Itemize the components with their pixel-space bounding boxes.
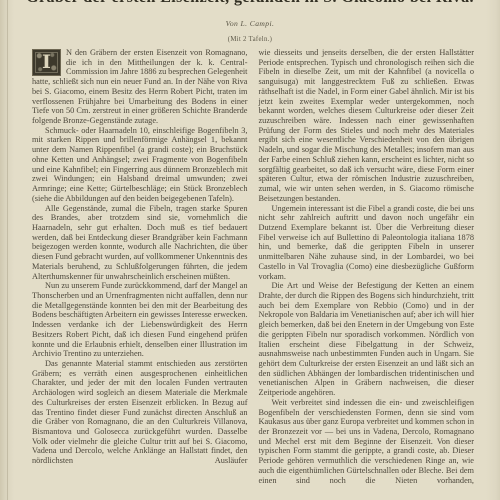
right-column: wie diesseits und jenseits derselben, di… — [259, 48, 475, 500]
paragraph: Das genannte Material stammt entschieden… — [32, 359, 248, 466]
author-byline: Von L. Campi. — [0, 19, 500, 28]
paragraph-text: N den Gräbern der ersten Eisenzeit von R… — [32, 48, 248, 125]
paragraph: Ungemein interessant ist die Fibel a gra… — [259, 204, 475, 282]
ornamental-initial: I — [32, 49, 61, 76]
page-edge-shadow — [7, 0, 8, 500]
paragraph: Schmuck- oder Haarnadeln 10, einschleifi… — [32, 126, 248, 204]
article-title: Gräber der ersten Eisenzeit, gefunden in… — [0, 0, 500, 7]
text-columns: IN den Gräbern der ersten Eisenzeit von … — [32, 48, 474, 500]
scanned-document-page: Gräber der ersten Eisenzeit, gefunden in… — [0, 0, 500, 500]
paragraph-lead: IN den Gräbern der ersten Eisenzeit von … — [32, 48, 248, 126]
paragraph: Nun zu unserem Funde zurückkommend, darf… — [32, 281, 248, 359]
paragraph: Alle Gegenstände, zumal die Fibeln, trag… — [32, 204, 248, 282]
plate-note: (Mit 2 Tafeln.) — [0, 36, 500, 43]
paragraph-continuation: wie diesseits und jenseits derselben, di… — [259, 48, 475, 204]
paragraph: Weit verbreitet sind indessen die ein- u… — [259, 398, 475, 485]
paragraph: Die Art und Weise der Befestigung der Ke… — [259, 281, 475, 398]
left-column: IN den Gräbern der ersten Eisenzeit von … — [32, 48, 248, 500]
